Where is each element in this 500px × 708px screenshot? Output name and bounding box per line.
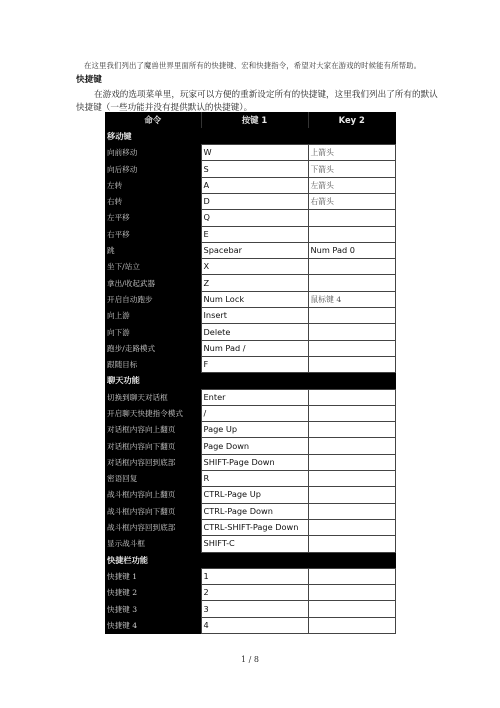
command-cell: 开启自动跑步	[105, 291, 201, 307]
key2-cell: 鼠标键 4	[308, 291, 395, 307]
command-cell: 快捷键 4	[105, 617, 201, 633]
command-cell: 战斗框内容向下翻页	[105, 503, 201, 519]
key2-cell	[308, 210, 395, 226]
key1-cell: Page Up	[201, 422, 308, 438]
command-cell: 战斗框内容向上翻页	[105, 487, 201, 503]
key1-cell: S	[201, 161, 308, 177]
command-cell: 右转	[105, 193, 201, 209]
key2-cell	[308, 226, 395, 242]
command-cell: 左转	[105, 177, 201, 193]
command-cell: 向下游	[105, 324, 201, 340]
header-command: 命令	[105, 112, 201, 128]
table-row: 切换到聊天对话框Enter	[105, 389, 395, 405]
shortcut-table: 命令 按键 1 Key 2 移动键向前移动W上箭头向后移动S下箭头左转A左箭头右…	[105, 112, 396, 634]
command-cell: 拿出/收起武器	[105, 275, 201, 291]
key1-cell: SHIFT-Page Down	[201, 454, 308, 470]
table-body: 移动键向前移动W上箭头向后移动S下箭头左转A左箭头右转D右箭头左平移Q右平移E跳…	[105, 128, 395, 633]
key1-cell: CTRL-SHIFT-Page Down	[201, 519, 308, 535]
table-row: 左转A左箭头	[105, 177, 395, 193]
command-cell: 对话框内容回到底部	[105, 454, 201, 470]
command-cell: 向后移动	[105, 161, 201, 177]
table-row: 跑步/走路模式Num Pad /	[105, 340, 395, 356]
key1-cell: Z	[201, 275, 308, 291]
key2-cell	[308, 259, 395, 275]
table-row: 跳SpacebarNum Pad 0	[105, 242, 395, 258]
table-row: 快捷键 11	[105, 568, 395, 584]
key2-cell: 上箭头	[308, 145, 395, 161]
table-row: 右平移E	[105, 226, 395, 242]
key2-cell	[308, 356, 395, 372]
command-cell: 跑步/走路模式	[105, 340, 201, 356]
page-indicator: 1 / 8	[0, 655, 500, 664]
table-row: 开启自动跑步Num Lock鼠标键 4	[105, 291, 395, 307]
key1-cell: SHIFT-C	[201, 536, 308, 552]
table-row: 向上游Insert	[105, 308, 395, 324]
key1-cell: 2	[201, 585, 308, 601]
table-row: 左平移Q	[105, 210, 395, 226]
key1-cell: Spacebar	[201, 242, 308, 258]
table-row: 战斗框内容回到底部CTRL-SHIFT-Page Down	[105, 519, 395, 535]
key2-cell	[308, 389, 395, 405]
command-cell: 向前移动	[105, 145, 201, 161]
table-row: 向后移动S下箭头	[105, 161, 395, 177]
key2-cell	[308, 324, 395, 340]
table-row: 对话框内容向上翻页Page Up	[105, 422, 395, 438]
section-title: 聊天功能	[105, 373, 395, 389]
table-row: 密语回复R	[105, 471, 395, 487]
command-cell: 快捷键 1	[105, 568, 201, 584]
key1-cell: Q	[201, 210, 308, 226]
key1-cell: Page Down	[201, 438, 308, 454]
command-cell: 对话框内容向上翻页	[105, 422, 201, 438]
key2-cell	[308, 422, 395, 438]
command-cell: 左平移	[105, 210, 201, 226]
command-cell: 快捷键 2	[105, 585, 201, 601]
table-row: 向下游Delete	[105, 324, 395, 340]
command-cell: 对话框内容向下翻页	[105, 438, 201, 454]
key2-cell	[308, 519, 395, 535]
header-key1: 按键 1	[201, 112, 308, 128]
section-title: 移动键	[105, 128, 395, 144]
key2-cell	[308, 568, 395, 584]
key1-cell: Delete	[201, 324, 308, 340]
table-row: 快捷键 22	[105, 585, 395, 601]
section-row: 聊天功能	[105, 373, 395, 389]
command-cell: 坐下/站立	[105, 259, 201, 275]
table-row: 向前移动W上箭头	[105, 145, 395, 161]
command-cell: 切换到聊天对话框	[105, 389, 201, 405]
key2-cell	[308, 340, 395, 356]
key1-cell: /	[201, 405, 308, 421]
command-cell: 开启聊天快捷指令模式	[105, 405, 201, 421]
key2-cell	[308, 275, 395, 291]
section-row: 快捷栏功能	[105, 552, 395, 568]
command-cell: 战斗框内容回到底部	[105, 519, 201, 535]
key1-cell: Insert	[201, 308, 308, 324]
table-row: 快捷键 33	[105, 601, 395, 617]
key1-cell: 4	[201, 617, 308, 633]
table-row: 对话框内容回到底部SHIFT-Page Down	[105, 454, 395, 470]
header-key2: Key 2	[308, 112, 395, 128]
key2-cell	[308, 503, 395, 519]
intro-text: 在这里我们列出了魔兽世界里面所有的快捷键、宏和快捷指令，希望对大家在游戏的时候能…	[84, 60, 421, 71]
key2-cell	[308, 487, 395, 503]
key1-cell: D	[201, 193, 308, 209]
section-heading: 快捷键	[76, 73, 102, 85]
table-row: 显示战斗框SHIFT-C	[105, 536, 395, 552]
key1-cell: Num Lock	[201, 291, 308, 307]
key2-cell	[308, 617, 395, 633]
section-title: 快捷栏功能	[105, 552, 395, 568]
command-cell: 右平移	[105, 226, 201, 242]
key2-cell	[308, 438, 395, 454]
paragraph-line-1: 在游戏的选项菜单里，玩家可以方便的重新设定所有的快捷键，这里我们列出了所有的默认	[94, 88, 438, 100]
table-row: 开启聊天快捷指令模式/	[105, 405, 395, 421]
key1-cell: CTRL-Page Down	[201, 503, 308, 519]
key1-cell: 1	[201, 568, 308, 584]
key1-cell: W	[201, 145, 308, 161]
key2-cell	[308, 585, 395, 601]
key2-cell: Num Pad 0	[308, 242, 395, 258]
command-cell: 跟随目标	[105, 356, 201, 372]
table-row: 跟随目标F	[105, 356, 395, 372]
command-cell: 快捷键 3	[105, 601, 201, 617]
key2-cell	[308, 471, 395, 487]
key2-cell	[308, 536, 395, 552]
key1-cell: A	[201, 177, 308, 193]
table-row: 坐下/站立X	[105, 259, 395, 275]
key1-cell: X	[201, 259, 308, 275]
table-row: 战斗框内容向上翻页CTRL-Page Up	[105, 487, 395, 503]
key2-cell	[308, 454, 395, 470]
key2-cell: 下箭头	[308, 161, 395, 177]
key1-cell: F	[201, 356, 308, 372]
key2-cell: 右箭头	[308, 193, 395, 209]
table-row: 快捷键 44	[105, 617, 395, 633]
command-cell: 跳	[105, 242, 201, 258]
key1-cell: Num Pad /	[201, 340, 308, 356]
key2-cell	[308, 308, 395, 324]
key2-cell	[308, 405, 395, 421]
key1-cell: 3	[201, 601, 308, 617]
table-row: 对话框内容向下翻页Page Down	[105, 438, 395, 454]
command-cell: 向上游	[105, 308, 201, 324]
table-row: 拿出/收起武器Z	[105, 275, 395, 291]
key2-cell: 左箭头	[308, 177, 395, 193]
table-row: 右转D右箭头	[105, 193, 395, 209]
key1-cell: E	[201, 226, 308, 242]
command-cell: 显示战斗框	[105, 536, 201, 552]
key1-cell: R	[201, 471, 308, 487]
key1-cell: CTRL-Page Up	[201, 487, 308, 503]
key2-cell	[308, 601, 395, 617]
section-row: 移动键	[105, 128, 395, 144]
table-row: 战斗框内容向下翻页CTRL-Page Down	[105, 503, 395, 519]
table-header-row: 命令 按键 1 Key 2	[105, 112, 395, 128]
command-cell: 密语回复	[105, 471, 201, 487]
key1-cell: Enter	[201, 389, 308, 405]
